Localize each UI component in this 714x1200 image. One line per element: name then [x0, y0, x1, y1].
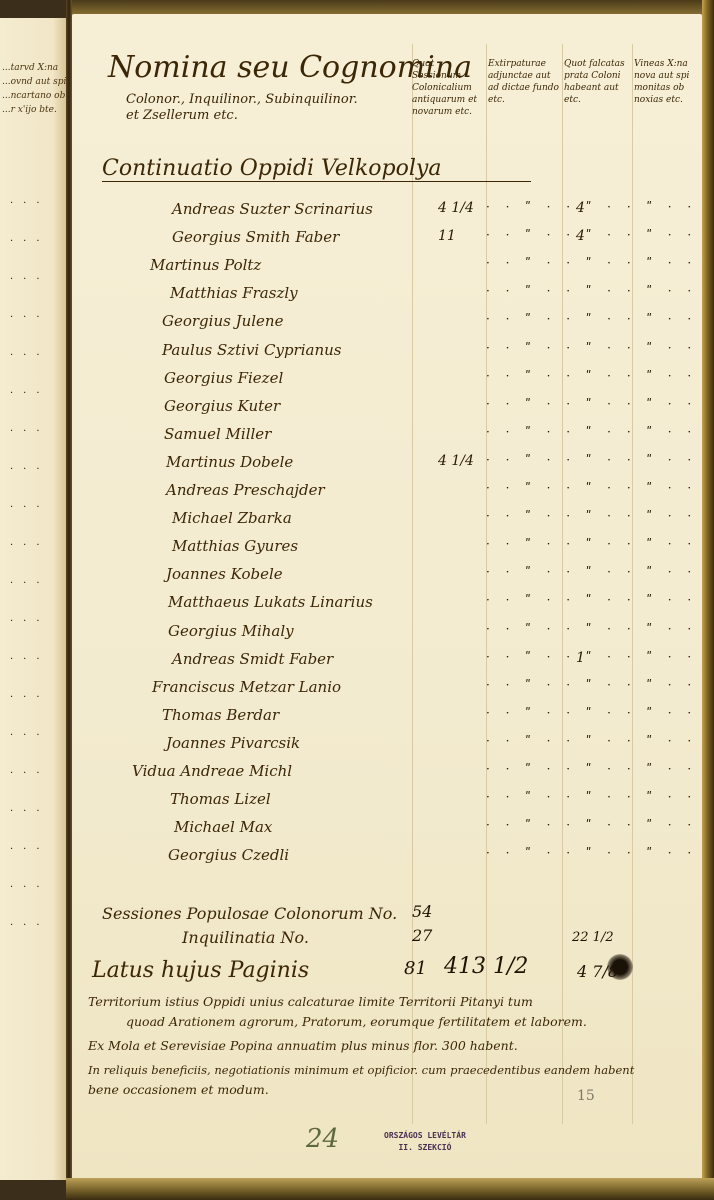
left-dot-row: ···	[10, 920, 50, 931]
entry-col1-value: 4 1/4	[438, 200, 474, 216]
entry-name: Michael Zbarka	[172, 509, 292, 527]
ditto-marks: · · ʺ · · ʺ · · ʺ · ·	[486, 678, 697, 692]
footer-line: Territorium istius Oppidi unius calcatur…	[88, 992, 688, 1012]
footer-line: Ex Mola et Serevisiae Popina annuatim pl…	[88, 1036, 688, 1056]
ditto-marks: · · ʺ · · ʺ · · ʺ · ·	[486, 650, 697, 664]
left-dot-row: ···	[10, 312, 50, 323]
ditto-marks: · · ʺ · · ʺ · · ʺ · ·	[486, 397, 697, 411]
total-col3: 4 7/8	[577, 962, 618, 981]
section-title: Continuatio Oppidi Velkopolya	[102, 156, 531, 182]
ditto-marks: · · ʺ · · ʺ · · ʺ · ·	[486, 565, 697, 579]
entry-name: Franciscus Metzar Lanio	[152, 678, 341, 696]
entry-name: Martinus Dobele	[166, 453, 293, 471]
total-col1: 413 1/2	[444, 954, 528, 979]
left-page-fragment: ...ovnd aut spi	[2, 76, 66, 88]
entry-name: Andreas Suzter Scrinarius	[172, 200, 373, 218]
entry-name: Michael Max	[174, 818, 272, 836]
left-dot-row: ···	[10, 464, 50, 475]
entry-name: Paulus Sztivi Cyprianus	[162, 341, 341, 359]
manuscript-page: Nomina seu Cognomina Colonor., Inquilino…	[72, 14, 702, 1180]
total-value: 81	[404, 958, 427, 979]
entry-row: Franciscus Metzar Lanio· · ʺ · · ʺ · · ʺ…	[72, 678, 702, 702]
entry-row: Georgius Mihaly· · ʺ · · ʺ · · ʺ · ·	[72, 622, 702, 646]
entry-row: Samuel Miller· · ʺ · · ʺ · · ʺ · ·	[72, 425, 702, 449]
total-col3-top: 22 1/2	[572, 930, 614, 945]
ditto-marks: · · ʺ · · ʺ · · ʺ · ·	[486, 622, 697, 636]
left-dot-row: ···	[10, 236, 50, 247]
entry-name: Joannes Pivarcsik	[166, 734, 300, 752]
ditto-marks: · · ʺ · · ʺ · · ʺ · ·	[486, 481, 697, 495]
left-page-fragment: ...ncartano ob	[2, 90, 65, 102]
ditto-marks: · · ʺ · · ʺ · · ʺ · ·	[486, 369, 697, 383]
ditto-marks: · · ʺ · · ʺ · · ʺ · ·	[486, 341, 697, 355]
entry-row: Matthias Fraszly· · ʺ · · ʺ · · ʺ · ·	[72, 284, 702, 308]
ditto-marks: · · ʺ · · ʺ · · ʺ · ·	[486, 509, 697, 523]
entry-name: Georgius Kuter	[164, 397, 280, 415]
entry-col1-value: 11	[438, 228, 456, 244]
entry-row: Martinus Dobele4 1/4· · ʺ · · ʺ · · ʺ · …	[72, 453, 702, 477]
total-label: Latus hujus Paginis	[92, 958, 309, 983]
entry-row: Georgius Fiezel· · ʺ · · ʺ · · ʺ · ·	[72, 369, 702, 393]
entry-row: Vidua Andreae Michl· · ʺ · · ʺ · · ʺ · ·	[72, 762, 702, 786]
ditto-marks: · · ʺ · · ʺ · · ʺ · ·	[486, 537, 697, 551]
ditto-marks: · · ʺ · · ʺ · · ʺ · ·	[486, 284, 697, 298]
left-dot-row: ···	[10, 616, 50, 627]
entry-row: Georgius Julene· · ʺ · · ʺ · · ʺ · ·	[72, 312, 702, 336]
column-header-sessions: Quot Sessionum Colonicalium antiquarum e…	[412, 58, 484, 118]
entry-name: Martinus Poltz	[150, 256, 261, 274]
folio-number: 24	[306, 1124, 339, 1154]
pencil-number: 15	[577, 1088, 595, 1104]
entry-row: Thomas Lizel· · ʺ · · ʺ · · ʺ · ·	[72, 790, 702, 814]
ditto-marks: · · ʺ · · ʺ · · ʺ · ·	[486, 818, 697, 832]
entry-name: Georgius Julene	[162, 312, 283, 330]
entry-row: Matthias Gyures· · ʺ · · ʺ · · ʺ · ·	[72, 537, 702, 561]
ditto-marks: · · ʺ · · ʺ · · ʺ · ·	[486, 312, 697, 326]
left-dot-row: ···	[10, 882, 50, 893]
ditto-marks: · · ʺ · · ʺ · · ʺ · ·	[486, 453, 697, 467]
entry-name: Georgius Czedli	[168, 846, 289, 864]
entry-row: Joannes Kobele· · ʺ · · ʺ · · ʺ · ·	[72, 565, 702, 589]
left-dot-row: ···	[10, 768, 50, 779]
ditto-marks: · · ʺ · · ʺ · · ʺ · ·	[486, 228, 697, 242]
book-fore-edge	[702, 0, 714, 1200]
inquilini-value: 27	[412, 926, 432, 945]
left-dot-row: ···	[10, 806, 50, 817]
column-header-vineae: Vineas X:na nova aut spi monitas ob noxi…	[634, 58, 694, 106]
entry-name: Matthias Fraszly	[170, 284, 298, 302]
entry-name: Andreas Smidt Faber	[172, 650, 333, 668]
stamp-line-1: ORSZÁGOS LEVÉLTÁR	[384, 1130, 466, 1142]
left-dot-row: ···	[10, 350, 50, 361]
footer-line: quoad Arationem agrorum, Pratorum, eorum…	[126, 1012, 714, 1032]
left-page-fragment: ...r x'ijo bte.	[2, 104, 57, 116]
entry-row: Georgius Smith Faber114· · ʺ · · ʺ · · ʺ…	[72, 228, 702, 252]
entry-col1-value: 4 1/4	[438, 453, 474, 469]
left-dot-row: ···	[10, 274, 50, 285]
left-dot-row: ···	[10, 654, 50, 665]
column-header-extirpaturae: Extirpaturae adjunctae aut ad dictae fun…	[488, 58, 560, 106]
entry-row: Thomas Berdar· · ʺ · · ʺ · · ʺ · ·	[72, 706, 702, 730]
ditto-marks: · · ʺ · · ʺ · · ʺ · ·	[486, 706, 697, 720]
left-dot-row: ···	[10, 198, 50, 209]
entry-name: Joannes Kobele	[166, 565, 283, 583]
footer-line: In reliquis beneficiis, negotiationis mi…	[88, 1060, 688, 1080]
entry-name: Georgius Mihaly	[168, 622, 294, 640]
archive-stamp: ORSZÁGOS LEVÉLTÁR II. SZEKCIÓ	[384, 1130, 466, 1154]
entry-name: Thomas Berdar	[162, 706, 279, 724]
entry-row: Andreas Suzter Scrinarius4 1/44· · ʺ · ·…	[72, 200, 702, 224]
entry-row: Matthaeus Lukats Linarius· · ʺ · · ʺ · ·…	[72, 593, 702, 617]
ditto-marks: · · ʺ · · ʺ · · ʺ · ·	[486, 425, 697, 439]
left-dot-row: ···	[10, 730, 50, 741]
left-dot-row: ···	[10, 540, 50, 551]
left-dot-row: ···	[10, 426, 50, 437]
entry-name: Samuel Miller	[164, 425, 271, 443]
ditto-marks: · · ʺ · · ʺ · · ʺ · ·	[486, 593, 697, 607]
ditto-marks: · · ʺ · · ʺ · · ʺ · ·	[486, 256, 697, 270]
book-bottom-edge	[66, 1178, 714, 1200]
ditto-marks: · · ʺ · · ʺ · · ʺ · ·	[486, 762, 697, 776]
entry-name: Thomas Lizel	[170, 790, 271, 808]
left-dot-row: ···	[10, 502, 50, 513]
ditto-marks: · · ʺ · · ʺ · · ʺ · ·	[486, 734, 697, 748]
entry-name: Andreas Preschajder	[166, 481, 325, 499]
entry-name: Vidua Andreae Michl	[132, 762, 292, 780]
entry-row: Georgius Czedli· · ʺ · · ʺ · · ʺ · ·	[72, 846, 702, 870]
left-dot-row: ···	[10, 388, 50, 399]
entry-name: Georgius Smith Faber	[172, 228, 339, 246]
entry-row: Paulus Sztivi Cyprianus· · ʺ · · ʺ · · ʺ…	[72, 341, 702, 365]
left-dot-row: ···	[10, 578, 50, 589]
entry-row: Andreas Smidt Faber1· · ʺ · · ʺ · · ʺ · …	[72, 650, 702, 674]
left-dot-row: ···	[10, 844, 50, 855]
entry-row: Martinus Poltz· · ʺ · · ʺ · · ʺ · ·	[72, 256, 702, 280]
left-page-fragment: ...tarvd X:na	[2, 62, 58, 74]
inquilini-label: Inquilinatia No.	[182, 928, 309, 947]
entry-name: Georgius Fiezel	[164, 369, 283, 387]
entry-row: Andreas Preschajder· · ʺ · · ʺ · · ʺ · ·	[72, 481, 702, 505]
ditto-marks: · · ʺ · · ʺ · · ʺ · ·	[486, 846, 697, 860]
sessions-value: 54	[412, 902, 432, 921]
entry-row: Michael Zbarka· · ʺ · · ʺ · · ʺ · ·	[72, 509, 702, 533]
left-facing-page: ...tarvd X:na ...ovnd aut spi ...ncartan…	[0, 18, 68, 1180]
column-header-prata: Quot falcatas prata Coloni habeant aut e…	[564, 58, 630, 106]
sessions-label: Sessiones Populosae Colonorum No.	[102, 904, 397, 923]
entry-row: Michael Max· · ʺ · · ʺ · · ʺ · ·	[72, 818, 702, 842]
stamp-line-2: II. SZEKCIÓ	[384, 1142, 466, 1154]
page-subtitle: Colonor., Inquilinor., Subinquilinor. et…	[126, 92, 366, 124]
ditto-marks: · · ʺ · · ʺ · · ʺ · ·	[486, 790, 697, 804]
ditto-marks: · · ʺ · · ʺ · · ʺ · ·	[486, 200, 697, 214]
entry-row: Georgius Kuter· · ʺ · · ʺ · · ʺ · ·	[72, 397, 702, 421]
entry-name: Matthias Gyures	[172, 537, 298, 555]
footer-line: bene occasionem et modum.	[88, 1080, 688, 1100]
entry-name: Matthaeus Lukats Linarius	[168, 593, 373, 611]
left-dot-row: ···	[10, 692, 50, 703]
entry-row: Joannes Pivarcsik· · ʺ · · ʺ · · ʺ · ·	[72, 734, 702, 758]
